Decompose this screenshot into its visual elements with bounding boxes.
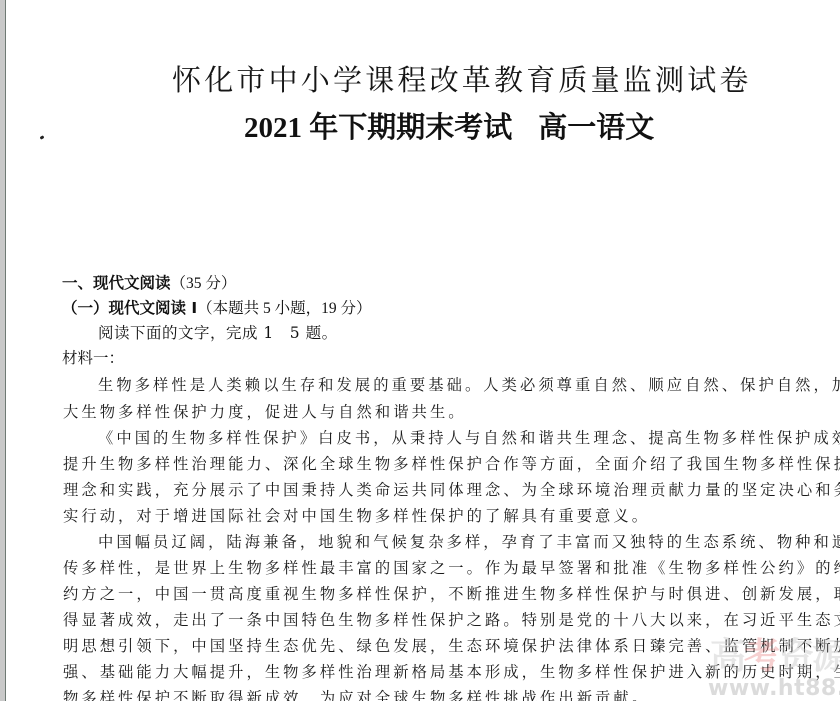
passage-line: 物多样性保护不断取得新成效，为应对全球生物多样性挑战作出新贡献。 xyxy=(63,688,650,701)
document-page: 怀化市中小学课程改革教育质量监测试卷 2021 年下期期末考试高一语文 一、现代… xyxy=(6,0,840,701)
passage-line: 大生物多样性保护力度，促进人与自然和谐共生。 xyxy=(63,402,467,422)
section-heading: 一、现代文阅读（35 分） xyxy=(62,273,236,294)
passage-line: 生物多样性是人类赖以生存和发展的重要基础。人类必须尊重自然、顺应自然、保护自然，… xyxy=(98,375,840,395)
passage-line: 提升生物多样性治理能力、深化全球生物多样性保护合作等方面，全面介绍了我国生物多样… xyxy=(63,454,840,474)
passage-line: 中国幅员辽阔，陆海兼备，地貌和气候复杂多样，孕育了丰富而又独特的生态系统、物种和… xyxy=(98,532,840,552)
section-heading-score: （35 分） xyxy=(171,275,237,292)
passage-line: 传多样性，是世界上生物多样性最丰富的国家之一。作为最早签署和批准《生物多样性公约… xyxy=(63,558,840,578)
subsection-heading-info: （本题共 5 小题，19 分） xyxy=(197,300,371,317)
passage-line: 理念和实践，充分展示了中国秉持人类命运共同体理念、为全球环境治理贡献力量的坚定决… xyxy=(63,480,840,500)
scan-speck xyxy=(40,135,45,140)
exam-term: 2021 年下期期末考试 xyxy=(244,112,512,144)
exam-title: 怀化市中小学课程改革教育质量监测试卷 xyxy=(172,58,752,99)
passage-line: 《中国的生物多样性保护》白皮书，从秉持人与自然和谐共生理念、提高生物多样性保护成… xyxy=(98,428,840,448)
subsection-heading-title: （一）现代文阅读 I xyxy=(62,299,197,317)
material-label: 材料一： xyxy=(62,348,124,368)
passage-line: 实行动，对于增进国际社会对中国生物多样性保护的了解具有重要意义。 xyxy=(63,506,650,526)
passage-line: 约方之一，中国一贯高度重视生物多样性保护，不断推进生物多样性保护与时俱进、创新发… xyxy=(63,584,840,604)
passage-line: 强、基础能力大幅提升，生物多样性治理新格局基本形成，生物多样性保护进入新的历史时… xyxy=(63,662,840,682)
passage-line: 明思想引领下，中国坚持生态优先、绿色发展，生态环境保护法律体系日臻完善、监管机制… xyxy=(63,636,840,656)
exam-subject: 高一语文 xyxy=(538,112,654,144)
exam-subtitle: 2021 年下期期末考试高一语文 xyxy=(244,105,654,146)
passage-line: 得显著成效，走出了一条中国特色生物多样性保护之路。特别是党的十八大以来，在习近平… xyxy=(63,610,840,630)
subsection-heading: （一）现代文阅读 I（本题共 5 小题，19 分） xyxy=(62,298,372,319)
section-heading-title: 一、现代文阅读 xyxy=(62,274,171,292)
instruction-text: 阅读下面的文字，完成 1 5 题。 xyxy=(98,323,338,343)
